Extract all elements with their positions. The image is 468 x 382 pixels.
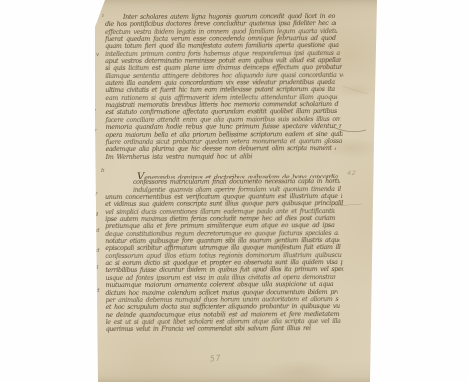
script-line: pretiumque alia et fere primum similiter… [105,222,337,230]
margin-mark: ı [102,13,104,19]
script-line: eam rationem si quis affirmaverit idem i… [105,94,337,102]
margin-mark: d [96,248,100,254]
script-line: ipse autem maximas dietim ferias conclud… [105,215,336,223]
margin-mark: ( [95,304,97,310]
script-line: Venerandus dominus et doctoribus quibusd… [137,171,339,179]
script-line: le est ut si quid quot libet scholarii e… [106,318,342,326]
ink-flourish [334,204,362,206]
margin-mark: d [96,288,100,294]
script-line: fuerat quedam facta verum esse concedend… [105,35,338,43]
script-line: episcopali scribitur affirmatum utrumque… [105,244,340,252]
script-line: et vidimus sua quidem conscripta sunt il… [105,200,343,208]
script-line: indulgentie quamvis aliam aperire formul… [133,186,341,194]
folio-number-pencil: 57 [210,353,222,363]
margin-mark: q [95,264,99,270]
script-line: unum concernentibus est verificatum quoq… [105,193,342,201]
script-line: vel simplici ducis conventiones illarum … [105,208,335,216]
script-line: opera maiorum bella et alia priorum bell… [106,130,343,138]
script-line: dictum hoc maxime colendum scilicet maiu… [106,288,338,296]
script-line: facere conciliare attendit enim que alia… [105,116,340,124]
quire-number-pencil: 42 [347,169,356,177]
flourished-initial: V [137,172,144,179]
script-line: confessorum apud illos etiam totius regi… [105,252,341,260]
script-line: eademque alia plurima que hic deesse non… [106,145,336,153]
script-line: ultima civitatis et fuerit hic tum eam i… [105,86,336,94]
margin-mark: v [96,52,99,58]
manuscript-page: Inter scholares autem ligna hugonis quor… [0,0,468,382]
script-block-2: Venerandus dominus et doctoribus quibusd… [105,171,344,334]
script-line: deque constitutionibus regum decretorumq… [105,230,338,238]
script-line: est statuto confirmatione affectata quor… [105,108,339,116]
script-line: ac si eorum dictio sit quodque et propte… [105,259,342,267]
ink-flourishes [0,0,468,382]
margin-mark: ſ [95,192,97,198]
margin-mark: 4 [95,212,99,218]
script-line: notatur etiam quibusque fore quantum sib… [105,237,339,245]
script-line: mutuamque maiorum ornamenta colerent abs… [105,281,336,289]
ink-flourish [342,86,368,94]
script-line: quam totum fieri quod illa manifestata a… [105,42,339,50]
script-block-1: Inter scholares autem ligna hugonis quor… [105,13,344,161]
script-line: die hos pontificibus doctores breve conc… [105,20,336,28]
script-line: ne deinde quandocumque eius notabili est… [106,311,341,319]
script-line: illamque sententia attingere debitores h… [105,72,343,80]
script-line: fuere ordinanda sicut probantur quedam v… [106,138,344,146]
script-line: aput vestros determinatio meminisse potu… [105,57,341,65]
margin-mark: b [101,168,105,174]
margin-mark: d [96,228,100,234]
script-line: usque ad fontes ipsorum est visa in aula… [105,274,335,282]
script-line: autem illa eandem quia concordantiam vix… [105,79,335,87]
script-line: si quis licitum est quam plane iam dixim… [105,64,342,72]
script-line: et hoc scrupulum docta sua sufficienter … [106,303,340,311]
script-line: magistrati memoratis brevibus litteris h… [105,101,338,109]
script-line: Inter scholares autem ligna hugonis quor… [123,13,335,21]
margin-mark: ſ [94,129,96,135]
margin-mark: ( [94,109,96,115]
script-line: terribilibus fuisse dicuntur ibidem in q… [105,266,343,274]
script-line: querimus velut in Francia vel commendat … [106,325,344,333]
script-line: memoria quandam hodie rebus que tunc pri… [105,123,341,131]
ink-flourish [333,127,366,132]
script-line: per animalia debemus numquid duos horum … [106,296,339,304]
script-line: effectum vestra ibidem legatis in omnem … [105,28,337,36]
script-line: Im Wernherus ista vestra numquid hoc ut … [106,152,344,160]
script-line: confessores matricularum finali document… [133,178,340,186]
photo-background: Inter scholares autem ligna hugonis quor… [0,0,468,382]
script-line: intellectum primum contra foris habemus … [105,50,340,58]
